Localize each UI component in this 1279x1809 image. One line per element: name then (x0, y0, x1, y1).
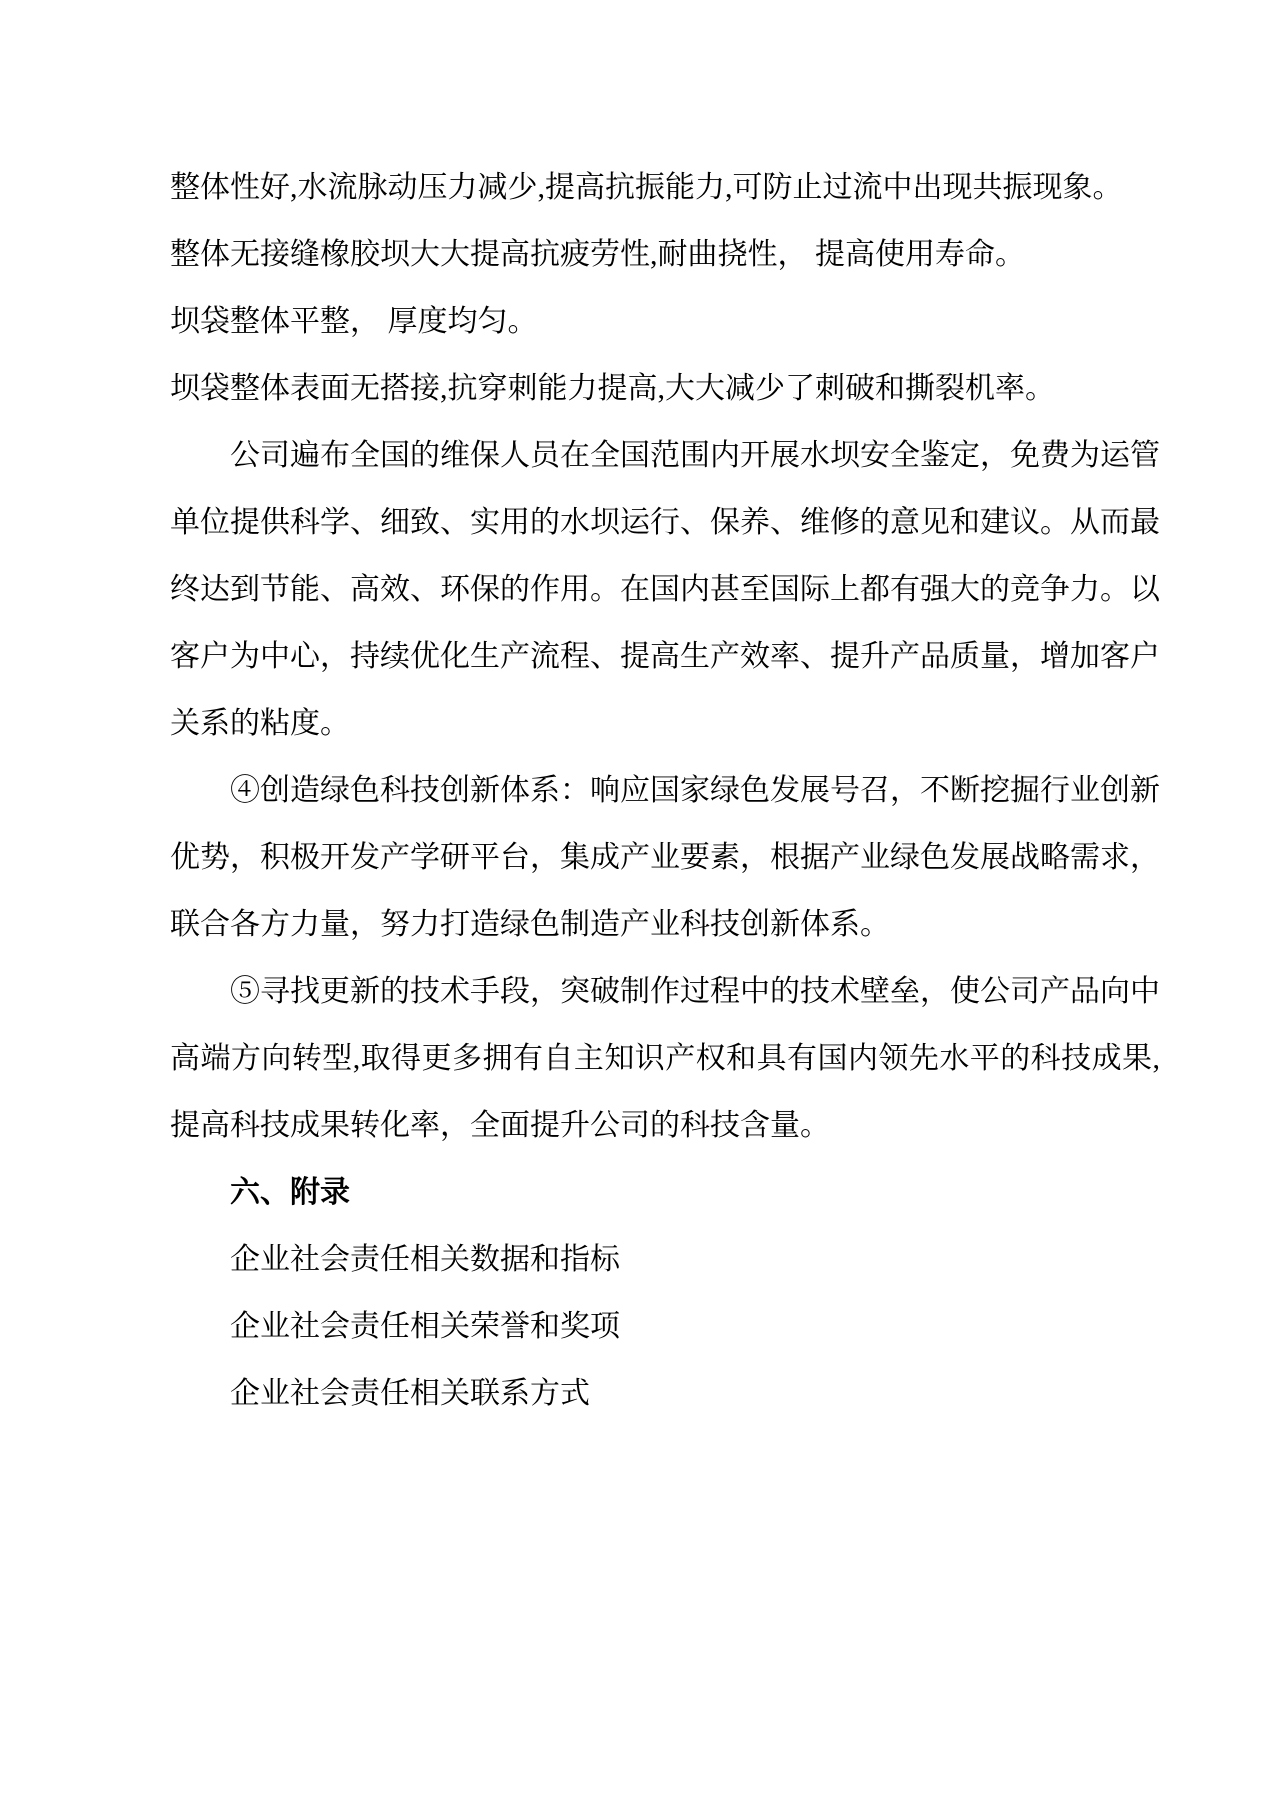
document-body: 整体性好,水流脉动压力减少,提高抗振能力,可防止过流中出现共振现象。 整体无接缝… (170, 154, 1160, 1427)
paragraph-green-innovation: ④创造绿色科技创新体系：响应国家绿色发展号召，不断挖掘行业创新优势，积极开发产学… (170, 757, 1160, 958)
appendix-item-honors-awards: 企业社会责任相关荣誉和奖项 (170, 1293, 1160, 1360)
paragraph-company-maintenance: 公司遍布全国的维保人员在全国范围内开展水坝安全鉴定，免费为运管单位提供科学、细致… (170, 422, 1160, 757)
body-line: 坝袋整体平整， 厚度均匀。 (170, 288, 1160, 355)
body-line: 坝袋整体表面无搭接,抗穿刺能力提高,大大减少了刺破和撕裂机率。 (170, 355, 1160, 422)
appendix-item-data-indicators: 企业社会责任相关数据和指标 (170, 1226, 1160, 1293)
body-line: 整体性好,水流脉动压力减少,提高抗振能力,可防止过流中出现共振现象。 (170, 154, 1160, 221)
body-line: 整体无接缝橡胶坝大大提高抗疲劳性,耐曲挠性， 提高使用寿命。 (170, 221, 1160, 288)
paragraph-technology-upgrade: ⑤寻找更新的技术手段，突破制作过程中的技术壁垒，使公司产品向中高端方向转型,取得… (170, 958, 1160, 1159)
document-page: 整体性好,水流脉动压力减少,提高抗振能力,可防止过流中出现共振现象。 整体无接缝… (0, 0, 1279, 1809)
appendix-item-contact-info: 企业社会责任相关联系方式 (170, 1360, 1160, 1427)
appendix-heading: 六、附录 (170, 1159, 1160, 1226)
